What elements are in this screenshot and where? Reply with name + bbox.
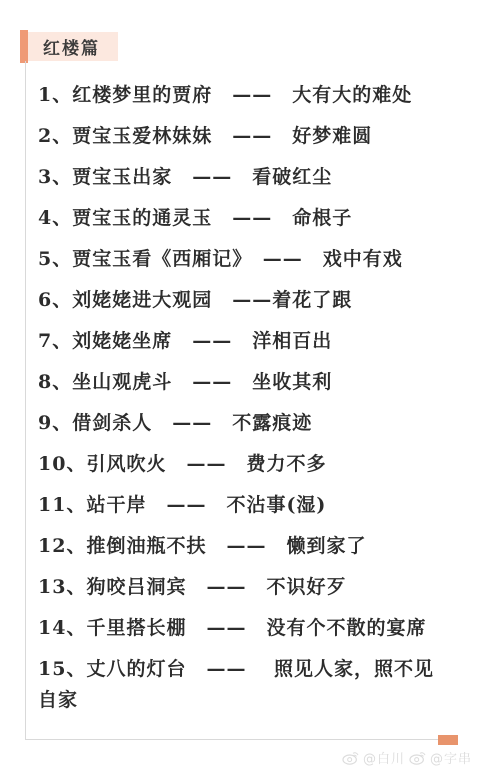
frame-bottom-line [25,739,438,740]
list-item: 12、推倒油瓶不扶 —— 懒到家了 [38,531,454,562]
frame-left-line [25,61,26,740]
watermark-handle: @字串 [430,748,472,767]
section-title-box: 红楼篇 [28,32,118,61]
weibo-icon [342,750,359,765]
watermark-handle: @白川 [363,748,405,767]
list-item: 7、刘姥姥坐席 —— 洋相百出 [38,326,454,357]
list-item: 4、贾宝玉的通灵玉 —— 命根子 [38,203,454,234]
frame-corner-accent [438,735,458,745]
list-item: 8、坐山观虎斗 —— 坐收其利 [38,367,454,398]
list-item: 13、狗咬吕洞宾 —— 不识好歹 [38,572,454,603]
list-item: 1、红楼梦里的贾府 —— 大有大的难处 [38,80,454,111]
list-item: 14、千里搭长棚 —— 没有个不散的宴席 [38,613,454,644]
list-item: 2、贾宝玉爱林妹妹 —— 好梦难圆 [38,121,454,152]
title-accent-bar [20,30,28,63]
list-item: 15、丈八的灯台 —— 照见人家，照不见自家 [38,654,454,716]
saying-list: 1、红楼梦里的贾府 —— 大有大的难处 2、贾宝玉爱林妹妹 —— 好梦难圆 3、… [38,80,454,726]
watermark: @白川 @字串 [342,748,472,767]
list-item: 10、引风吹火 —— 费力不多 [38,449,454,480]
list-item: 9、借剑杀人 —— 不露痕迹 [38,408,454,439]
list-item: 11、站干岸 —— 不沾事(湿) [38,490,454,521]
weibo-icon [409,750,426,765]
section-title: 红楼篇 [28,34,100,59]
list-item: 6、刘姥姥进大观园 ——着花了跟 [38,285,454,316]
list-item: 5、贾宝玉看《西厢记》 —— 戏中有戏 [38,244,454,275]
list-item: 3、贾宝玉出家 —— 看破红尘 [38,162,454,193]
